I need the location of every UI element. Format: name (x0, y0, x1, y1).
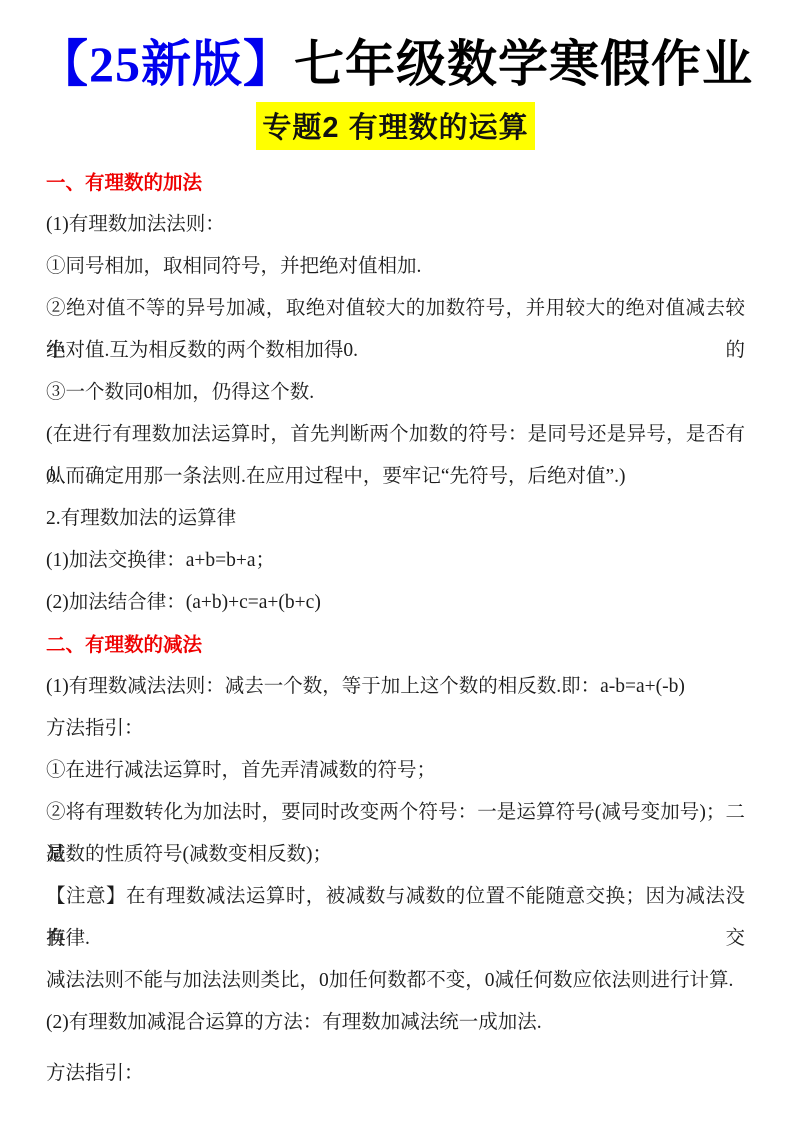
document-line: ①在进行减法运算时，首先弄清减数的符号； (46, 750, 745, 792)
document-line: ②将有理数转化为加法时，要同时改变两个符号：一是运算符号(减号变加号)；二是 (46, 792, 745, 834)
document-line: 减法法则不能与加法法则类比，0加任何数都不变，0减任何数应依法则进行计算. (46, 960, 745, 1002)
document-title: 【25新版】七年级数学寒假作业 (0, 36, 791, 94)
document-line: 从而确定用那一条法则.在应用过程中，要牢记“先符号，后绝对值”.) (46, 456, 745, 498)
document-line: (在进行有理数加法运算时，首先判断两个加数的符号：是同号还是异号，是否有0. (46, 414, 745, 456)
document-line: ②绝对值不等的异号加减，取绝对值较大的加数符号，并用较大的绝对值减去较小的 (46, 288, 745, 330)
document-line: (1)有理数加法法则： (46, 204, 745, 246)
document-line: 方法指引： (46, 708, 745, 750)
section-heading: 一、有理数的加法 (46, 162, 745, 204)
document-body: 一、有理数的加法(1)有理数加法法则：①同号相加，取相同符号，并把绝对值相加.②… (0, 162, 791, 1095)
document-line: (1)加法交换律：a+b=b+a； (46, 540, 745, 582)
title-main-text: 七年级数学寒假作业 (294, 36, 753, 92)
document-line: (2)加法结合律：(a+b)+c=a+(b+c) (46, 582, 745, 624)
document-subtitle: 专题2 有理数的运算 (0, 102, 791, 150)
document-line: (1)有理数减法法则：减去一个数，等于加上这个数的相反数.即：a-b=a+(-b… (46, 666, 745, 708)
document-line: ①同号相加，取相同符号，并把绝对值相加. (46, 246, 745, 288)
document-line: (2)有理数加减混合运算的方法：有理数加减法统一成加法. (46, 1002, 745, 1044)
document-line: 方法指引： (46, 1053, 745, 1095)
worksheet-page: 【25新版】七年级数学寒假作业 专题2 有理数的运算 一、有理数的加法(1)有理… (0, 0, 791, 1122)
document-line: 2.有理数加法的运算律 (46, 498, 745, 540)
subtitle-highlighted-text: 专题2 有理数的运算 (256, 102, 534, 150)
document-line: ③一个数同0相加，仍得这个数. (46, 372, 745, 414)
section-heading: 二、有理数的减法 (46, 624, 745, 666)
title-edition-prefix: 【25新版】 (38, 36, 294, 92)
document-line: 【注意】在有理数减法运算时，被减数与减数的位置不能随意交换；因为减法没有交 (46, 876, 745, 918)
document-line: 减数的性质符号(减数变相反数)； (46, 834, 745, 876)
